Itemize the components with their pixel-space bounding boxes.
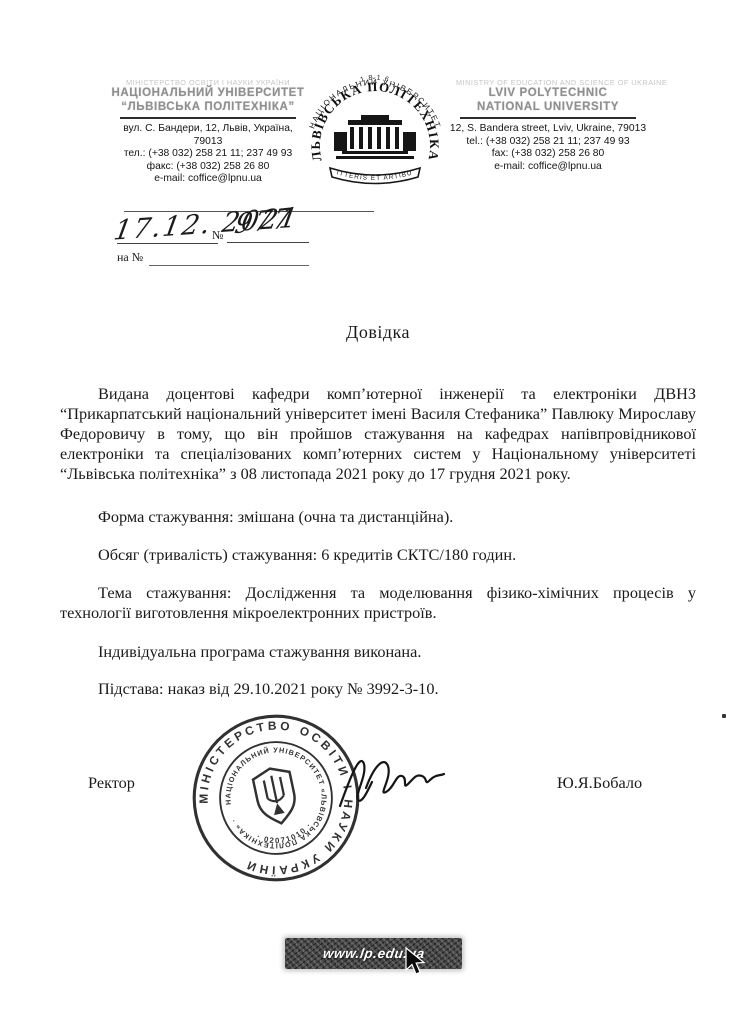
number-underline — [227, 242, 309, 243]
signatory-name: Ю.Я.Бобало — [557, 773, 642, 793]
seal-building-icon — [334, 115, 416, 159]
document-title: Довідка — [60, 322, 696, 342]
university-name-uk-line2: “ЛЬВІВСЬКА ПОЛІТЕХНІКА” — [108, 101, 308, 115]
university-name-en-line2: NATIONAL UNIVERSITY — [448, 101, 648, 115]
paragraph-topic: Тема стажування: Дослідження та моделюва… — [60, 583, 696, 623]
document-body: Довідка Видана доцентові кафедри комп’ют… — [60, 322, 696, 699]
fax-uk: факс: (+38 032) 258 26 80 — [108, 161, 308, 174]
reply-underline — [149, 265, 309, 266]
handwritten-signature — [328, 738, 448, 828]
ministry-line-faded-en: MINISTRY OF EDUCATION AND SCIENCE OF UKR… — [456, 78, 640, 86]
fax-en: fax: (+38 032) 258 26 80 — [448, 148, 648, 161]
email-uk: e-mail: coffice@lpnu.ua — [108, 173, 308, 186]
number-sign-label: № — [212, 228, 223, 243]
paragraph-basis: Підстава: наказ від 29.10.2021 року № 39… — [60, 679, 696, 699]
paragraph-program: Індивідуальна програма стажування викона… — [60, 642, 696, 662]
letterhead-ukrainian: МІНІСТЕРСТВО ОСВІТИ І НАУКИ УКРАЇНИ НАЦІ… — [108, 78, 308, 186]
ministry-line-faded: МІНІСТЕРСТВО ОСВІТИ І НАУКИ УКРАЇНИ — [116, 78, 300, 86]
paragraph-volume: Обсяг (тривалість) стажування: 6 кредиті… — [60, 545, 696, 565]
header-divider-left — [120, 117, 296, 119]
header-divider-right — [460, 117, 636, 119]
date-underline — [117, 243, 218, 244]
mouse-cursor-icon — [404, 947, 426, 977]
paragraph-form: Форма стажування: змішана (очна та диста… — [60, 507, 696, 527]
scanned-document-page: МІНІСТЕРСТВО ОСВІТИ І НАУКИ УКРАЇНИ НАЦІ… — [0, 0, 751, 1024]
website-banner[interactable]: www.lp.edu.ua — [285, 938, 462, 969]
signatory-role: Ректор — [88, 773, 135, 793]
scan-artifact-dot — [722, 714, 726, 718]
address-en: 12, S. Bandera street, Lviv, Ukraine, 79… — [448, 123, 648, 136]
paragraph-main: Видана доцентові кафедри комп’ютерної ін… — [60, 384, 696, 484]
university-seal-icon: НАЦІОНАЛЬНИЙ УНІВЕРСИТЕТ ЛЬВІВСЬКА ПОЛІТ… — [298, 60, 452, 216]
address-uk: вул. С. Бандери, 12, Львів, Україна, 790… — [108, 123, 308, 148]
trident-emblem-icon — [252, 765, 300, 827]
phone-en: tel.: (+38 032) 258 21 11; 237 49 93 — [448, 136, 648, 149]
letterhead-english: MINISTRY OF EDUCATION AND SCIENCE OF UKR… — [448, 78, 648, 173]
handwritten-number: 977 — [232, 203, 295, 241]
university-name-en-line1: LVIV POLYTECHNIC — [448, 87, 648, 101]
reply-to-label: на № — [117, 250, 143, 265]
university-name-uk-line1: НАЦІОНАЛЬНИЙ УНІВЕРСИТЕТ — [108, 87, 308, 101]
email-en: e-mail: coffice@lpnu.ua — [448, 161, 648, 174]
phone-uk: тел.: (+38 032) 258 21 11; 237 49 93 — [108, 148, 308, 161]
